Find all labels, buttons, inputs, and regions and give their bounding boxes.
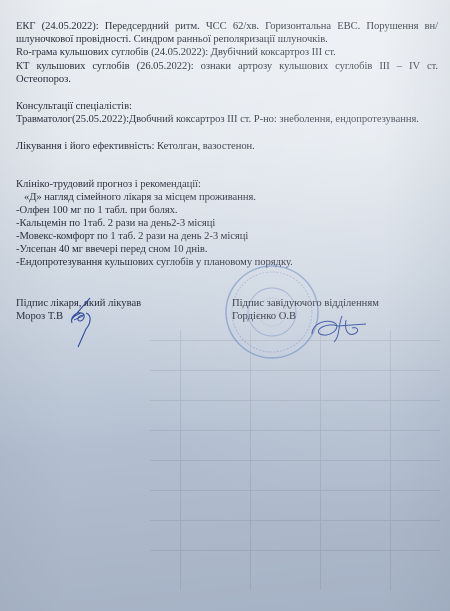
prognosis-heading: Клініко-трудовий прогноз і рекомендації:: [16, 178, 438, 191]
head-signature-label: Підпис завідуючого відділенням: [232, 297, 379, 310]
xray-finding: Ro-грама кульшових суглобів (24.05.2022)…: [16, 46, 438, 59]
treatment-effectiveness: Лікування і його ефективність: Кетолган,…: [16, 140, 438, 153]
attending-doctor-name: Мороз Т.В: [16, 310, 63, 323]
ecg-finding: ЕКГ (24.05.2022): Передсердний ритм. ЧСС…: [16, 20, 438, 46]
recommendation-item: -Олфен 100 мг по 1 табл. при болях.: [16, 204, 438, 217]
reverse-side-bleed-through: [150, 330, 440, 590]
medical-discharge-page: ЕКГ (24.05.2022): Передсердний ритм. ЧСС…: [0, 0, 450, 611]
recommendation-item: «Д» нагляд сімейного лікаря за місцем пр…: [16, 191, 438, 204]
head-signature-icon: [308, 312, 370, 344]
head-doctor-name: Гордієнко О.В: [232, 310, 296, 323]
consultations-heading: Консультації спеціалістів:: [16, 100, 438, 113]
attending-signature-icon: [60, 295, 105, 350]
consultation-traumatologist: Травматолог(25.05.2022):Двобчний коксарт…: [16, 113, 438, 126]
ct-finding: КТ кульшових суглобів (26.05.2022): озна…: [16, 60, 438, 86]
prognosis-list: «Д» нагляд сімейного лікаря за місцем пр…: [16, 191, 438, 269]
recommendation-item: -Мовекс-комфорт по 1 таб. 2 рази на день…: [16, 230, 438, 243]
recommendation-item: -Кальцемін по 1таб. 2 рази на день2-3 мі…: [16, 217, 438, 230]
recommendation-item: -Улсепан 40 мг ввечері перед сном 10 дні…: [16, 243, 438, 256]
